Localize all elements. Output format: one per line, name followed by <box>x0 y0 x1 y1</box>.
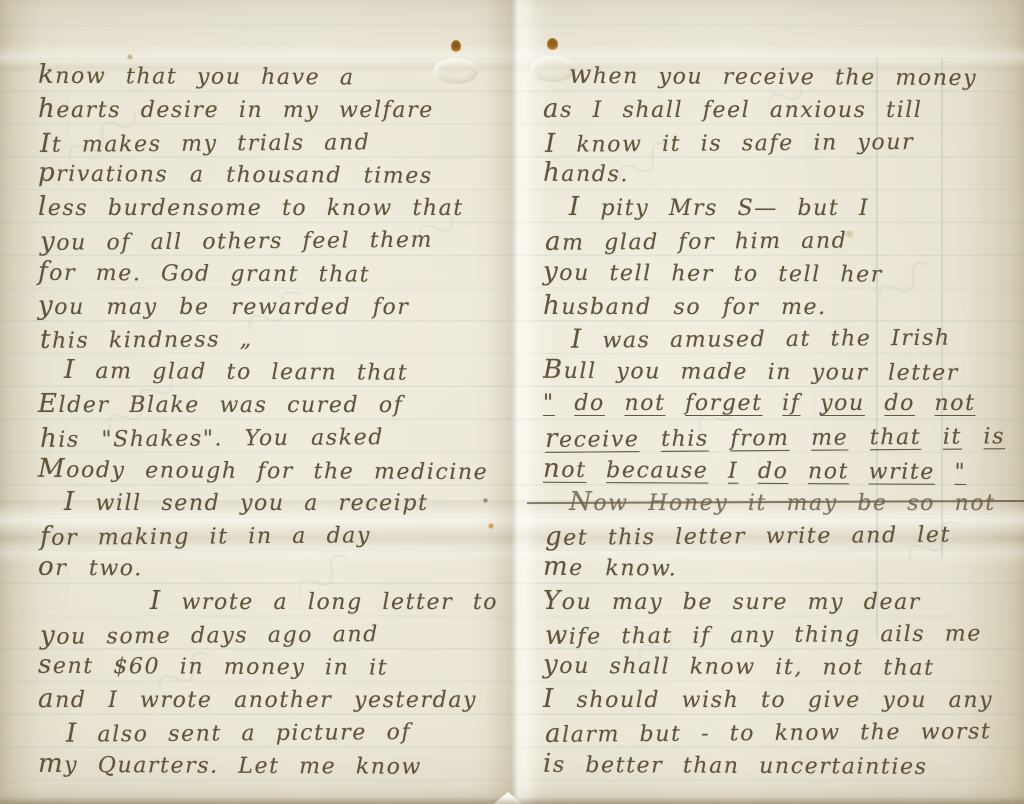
handwritten-line: Elder Blake was cured of <box>38 388 512 421</box>
handwritten-line: You may be sure my dear <box>543 585 1017 618</box>
handwritten-line: is better than uncertainties <box>543 747 1017 782</box>
handwritten-line: I am glad to learn that <box>38 354 512 389</box>
handwritten-line: I also sent a picture of <box>40 714 514 751</box>
handwritten-line: you tell her to tell her <box>543 256 1017 291</box>
handwritten-line: get this letter write and let <box>545 517 1019 554</box>
handwritten-line: I was amused at the Irish <box>545 320 1019 357</box>
right-page-text: when you receive the moneyas I shall fee… <box>543 60 1017 800</box>
handwritten-line: you may be rewarded for <box>38 290 512 323</box>
handwritten-line: alarm but - to know the worst <box>545 714 1019 751</box>
handwritten-line: this kindness „ <box>40 320 514 357</box>
handwritten-line: Now Honey it may be so not <box>543 486 1017 519</box>
handwritten-line: I wrote a long letter to <box>38 585 512 618</box>
handwritten-line: am glad for him and <box>545 222 1019 259</box>
left-page-text: know that you have ahearts desire in my … <box>38 60 512 800</box>
handwritten-line: husband so for me. <box>543 290 1017 323</box>
handwritten-line: sent $60 in money in it <box>38 649 512 684</box>
handwritten-line: know that you have a <box>38 59 512 94</box>
handwritten-line: when you receive the money <box>543 59 1017 94</box>
handwritten-line: and I wrote another yesterday <box>38 683 512 716</box>
letter-scan: know that you have ahearts desire in my … <box>0 0 1024 804</box>
handwritten-line: his "Shakes". You asked <box>40 419 514 456</box>
handwritten-line: Bull you made in your letter <box>543 354 1017 389</box>
handwritten-line: for me. God grant that <box>38 256 512 291</box>
handwritten-line: less burdensome to know that <box>38 191 512 224</box>
handwritten-line: as I shall feel anxious till <box>543 93 1017 126</box>
handwritten-line: hearts desire in my welfare <box>38 93 512 126</box>
foxing-spot <box>451 40 461 53</box>
handwritten-line: wife that if any thing ails me <box>545 616 1019 653</box>
handwritten-line: you some days ago and <box>40 616 514 653</box>
handwritten-line: not because I do not write " <box>543 452 1017 487</box>
handwritten-line: me know. <box>543 551 1017 586</box>
handwritten-line: privations a thousand times <box>38 157 512 192</box>
handwritten-line: you of all others feel them <box>40 222 514 259</box>
handwritten-line: " do not forget if you do not <box>543 388 1017 421</box>
page-bottom-edge <box>0 797 1024 804</box>
handwritten-line: I know it is safe in your <box>545 124 1019 161</box>
handwritten-line: Moody enough for the medicine <box>38 452 512 487</box>
handwritten-line: you shall know it, not that <box>543 649 1017 684</box>
handwritten-line: I will send you a receipt <box>38 486 512 519</box>
foxing-spot <box>547 38 558 51</box>
handwritten-line: I should wish to give you any <box>543 683 1017 716</box>
handwritten-line: receive this from me that it is <box>545 419 1019 456</box>
handwritten-line: It makes my trials and <box>40 124 514 161</box>
handwritten-line: my Quarters. Let me know <box>38 747 512 782</box>
handwritten-line: for making it in a day <box>40 517 514 554</box>
handwritten-line: or two. <box>38 551 512 586</box>
handwritten-line: I pity Mrs S— but I <box>543 191 1017 224</box>
handwritten-line: hands. <box>543 157 1017 192</box>
